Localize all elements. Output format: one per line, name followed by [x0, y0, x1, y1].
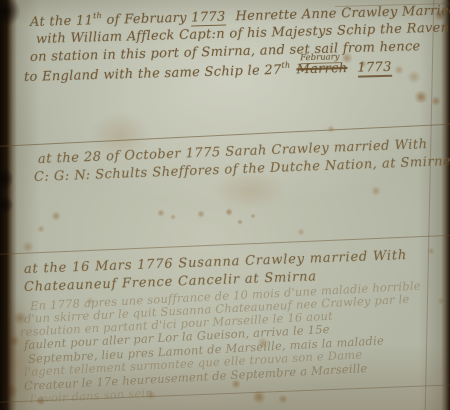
book-binding-edge	[0, 0, 17, 410]
correction-written-above: February	[300, 52, 340, 64]
binding-corner-shadow	[0, 0, 20, 26]
ordinal-suffix: th	[93, 11, 102, 20]
entry1-line1-pre: At the 11	[30, 13, 94, 30]
underlined-year: 1773	[357, 60, 392, 78]
binding-cord	[0, 168, 13, 190]
entry1-line1-mid: of February	[102, 10, 192, 27]
manuscript-page: At the 11th of February 1773Henrette Ann…	[0, 0, 450, 410]
page-edge-right	[441, 0, 450, 410]
ordinal-suffix: th	[281, 61, 290, 70]
binding-cord	[0, 196, 13, 214]
underlined-year: 1773	[191, 10, 226, 27]
corrected-word: FebruaryMarrch	[296, 61, 347, 77]
entry1-line4-pre: to England with the same Schip le 27	[24, 63, 282, 85]
paper-crease	[425, 0, 435, 410]
